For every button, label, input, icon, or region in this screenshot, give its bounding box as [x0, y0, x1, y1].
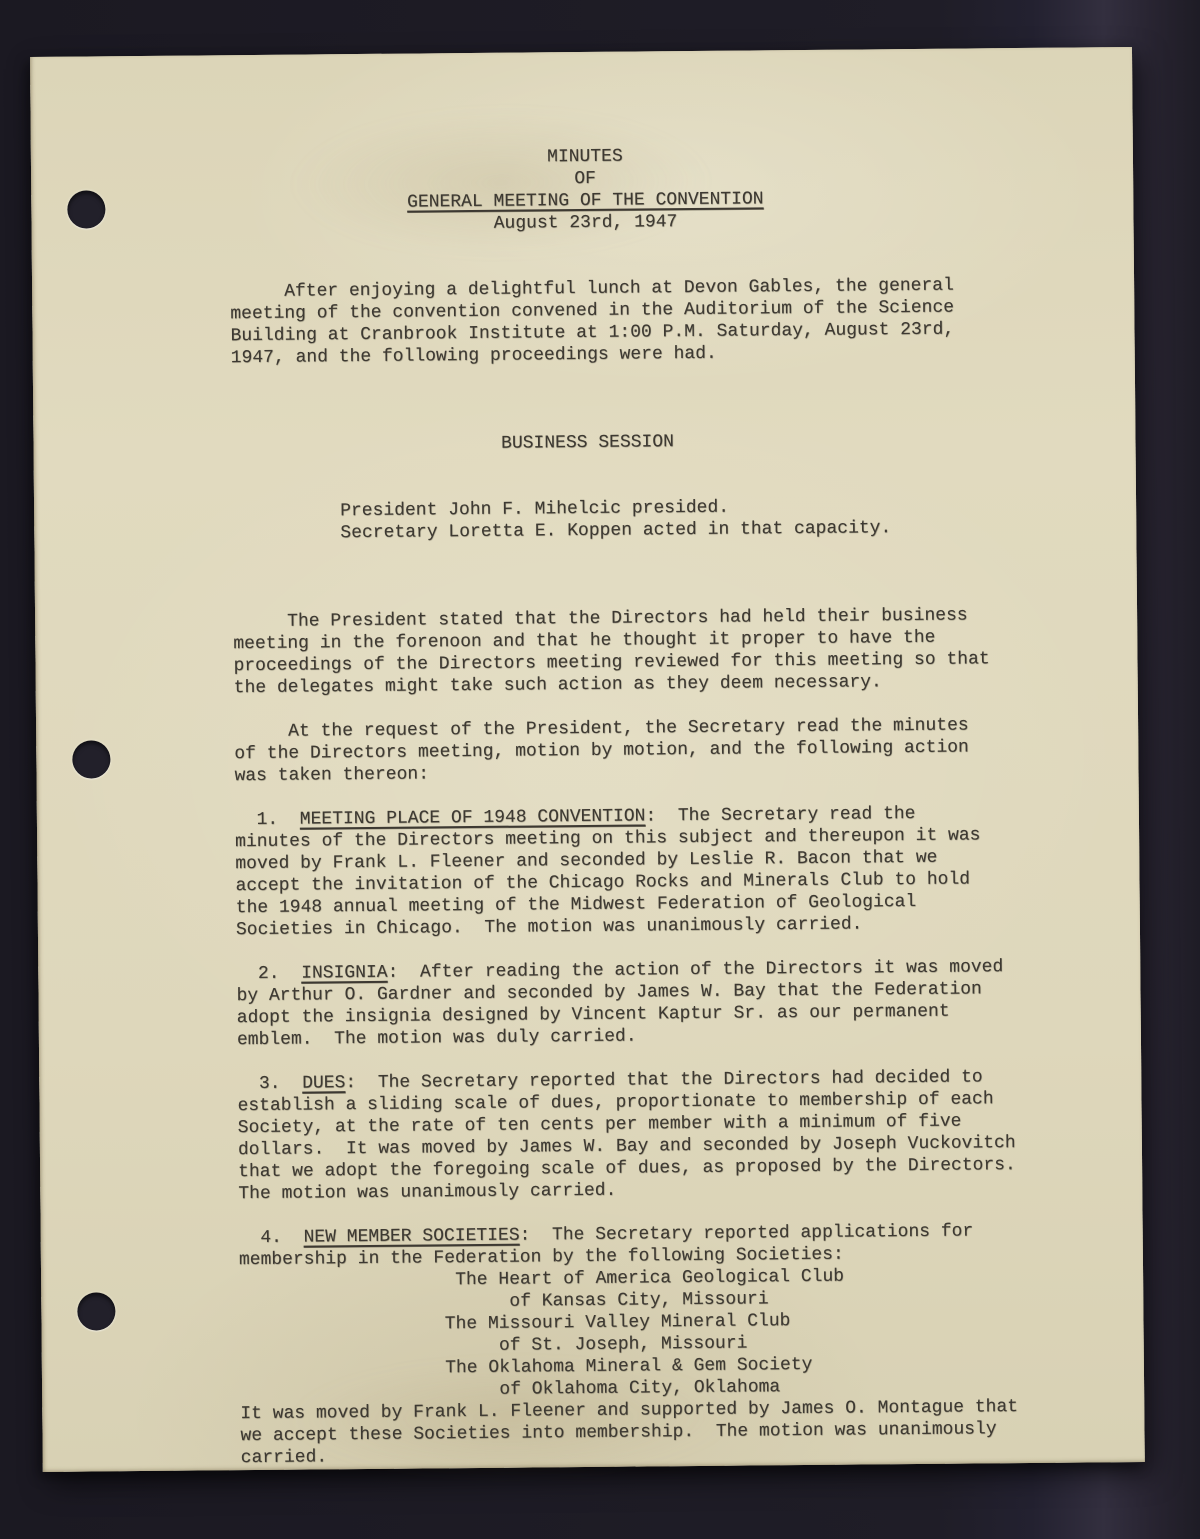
business-session-block: BUSINESS SESSION President John F. Mihel… [231, 384, 1057, 589]
item-4-new-member-societies: 4. NEW MEMBER SOCIETIES: The Secretary r… [239, 1220, 1065, 1469]
doc-title: MINUTES OF GENERAL MEETING OF THE CONVEN… [229, 143, 942, 237]
item-number: 1. [235, 810, 300, 831]
president-paragraph: The President stated that the Directors … [233, 604, 1058, 699]
punch-hole-middle [72, 740, 110, 778]
business-session-heading: BUSINESS SESSION [231, 429, 943, 457]
item-body: : The Secretary reported that the Direct… [237, 1067, 1015, 1204]
item-heading: NEW MEMBER SOCIETIES [303, 1226, 519, 1248]
request-paragraph: At the request of the President, the Sec… [234, 714, 1059, 787]
punch-hole-bottom [77, 1292, 115, 1330]
item-number: 3. [237, 1074, 302, 1095]
punch-hole-top [67, 190, 105, 228]
item-number: 2. [236, 964, 301, 985]
intro-paragraph: After enjoying a delightful lunch at Dev… [230, 274, 1055, 369]
item-1-meeting-place: 1. MEETING PLACE OF 1948 CONVENTION: The… [235, 802, 1060, 941]
item-heading: DUES [302, 1073, 345, 1093]
scanned-minutes-page: { "window": { "background_color": "#1f1d… [0, 0, 1200, 1539]
item-heading: MEETING PLACE OF 1948 CONVENTION [300, 806, 646, 829]
session-officers: President John F. Mihelcic presided. Sec… [232, 494, 1056, 545]
typed-text-area: MINUTES OF GENERAL MEETING OF THE CONVEN… [229, 142, 1065, 1491]
item-heading: INSIGNIA [301, 963, 388, 984]
item-2-insignia: 2. INSIGNIA: After reading the action of… [236, 956, 1061, 1051]
item-3-dues: 3. DUES: The Secretary reported that the… [237, 1066, 1062, 1205]
item-number: 4. [239, 1228, 304, 1249]
item-body: : The Secretary reported applications fo… [239, 1221, 1018, 1468]
document-page: MINUTES OF GENERAL MEETING OF THE CONVEN… [30, 47, 1145, 1472]
